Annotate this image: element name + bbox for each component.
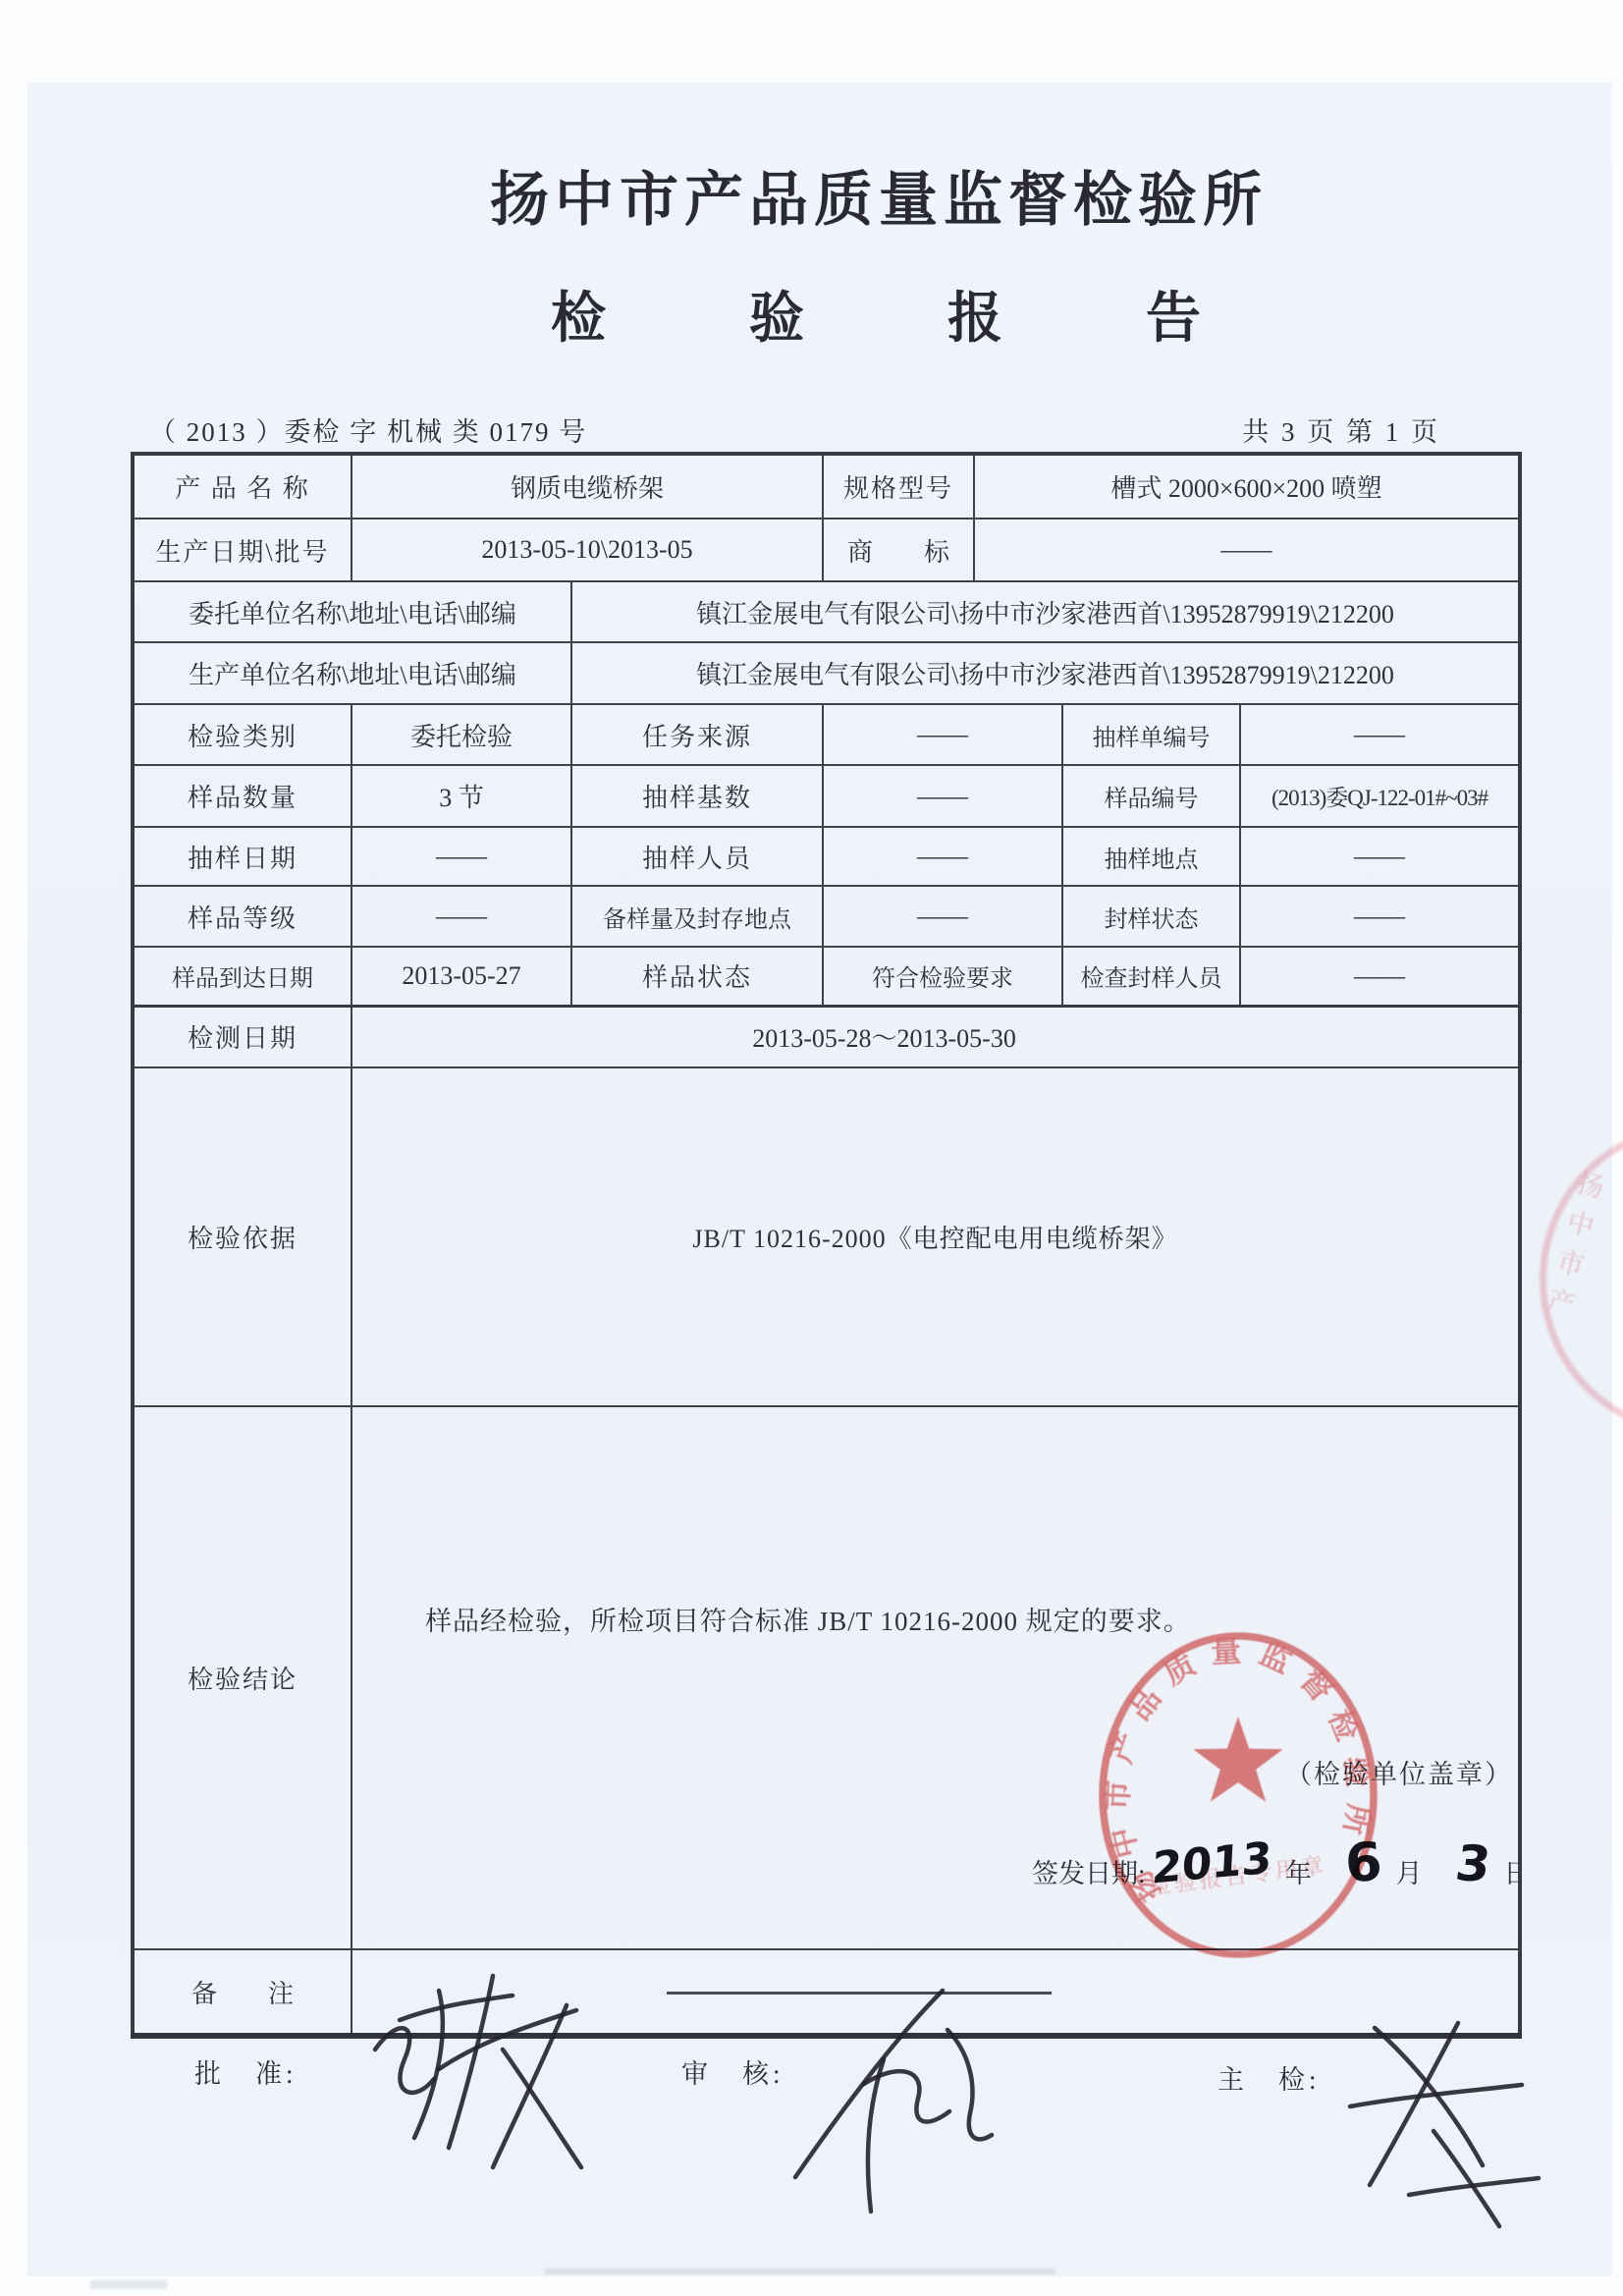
table-row: 生产日期\批号 2013-05-10\2013-05 商 标 —— (133, 519, 1520, 581)
production-date-value: 2013-05-10\2013-05 (352, 519, 823, 581)
sample-no-label: 样品编号 (1062, 765, 1240, 827)
handwritten-year: 2013 (1150, 1832, 1272, 1893)
table-row: 样品等级 —— 备样量及封存地点 —— 封样状态 —— (133, 886, 1520, 947)
table-row: 抽样日期 —— 抽样人员 —— 抽样地点 —— (133, 827, 1520, 886)
table-row: 检验类别 委托检验 任务来源 —— 抽样单编号 —— (133, 704, 1520, 765)
task-source-value: —— (823, 704, 1062, 765)
client-unit-label: 委托单位名称\地址\电话\邮编 (133, 581, 571, 642)
sample-no-value: (2013)委QJ-122-01#~03# (1240, 765, 1520, 827)
seal-check-person-value: —— (1240, 947, 1520, 1006)
spec-model-value: 槽式 2000×600×200 喷塑 (974, 454, 1520, 519)
year-unit: 年 (1285, 1859, 1312, 1888)
spec-model-label: 规格型号 (823, 454, 974, 519)
sampling-date-value: —— (352, 827, 571, 886)
reserve-sample-label: 备样量及封存地点 (571, 886, 823, 947)
reserve-sample-value: —— (823, 886, 1062, 947)
day-unit: 日 (1503, 1859, 1520, 1888)
table-row: 样品到达日期 2013-05-27 样品状态 符合检验要求 检查封样人员 —— (133, 947, 1520, 1006)
sampling-place-label: 抽样地点 (1062, 827, 1240, 886)
inspection-basis-value: JB/T 10216-2000《电控配电用电缆桥架》 (352, 1067, 1520, 1406)
sample-qty-label: 样品数量 (133, 765, 352, 827)
table-row: 样品数量 3 节 抽样基数 —— 样品编号 (2013)委QJ-122-01#~… (133, 765, 1520, 827)
arrival-date-value: 2013-05-27 (352, 947, 571, 1006)
sampling-sheet-no-value: —— (1240, 704, 1520, 765)
seal-check-person-label: 检查封样人员 (1062, 947, 1240, 1006)
scanned-inspection-report-page: 扬中市产品质量监督检验所 检 验 报 告 （ 2013 ）委检 字 机械 类 0… (0, 0, 1623, 2296)
producer-unit-label: 生产单位名称\地址\电话\邮编 (133, 642, 571, 704)
approve-label: 批 准: (194, 2052, 298, 2091)
table-row: 产 品 名 称 钢质电缆桥架 规格型号 槽式 2000×600×200 喷塑 (133, 454, 1520, 519)
inspection-type-label: 检验类别 (133, 704, 352, 765)
sampling-person-value: —— (823, 827, 1062, 886)
sampling-date-label: 抽样日期 (133, 827, 352, 886)
seal-status-value: —— (1240, 886, 1520, 947)
table-row: 委托单位名称\地址\电话\邮编 镇江金展电气有限公司\扬中市沙家港西首\1395… (133, 581, 1520, 642)
production-date-label: 生产日期\批号 (133, 519, 352, 581)
remarks-label: 备 注 (133, 1949, 352, 2036)
organization-title: 扬中市产品质量监督检验所 (0, 153, 1623, 238)
sampling-base-label: 抽样基数 (571, 765, 823, 827)
sample-qty-value: 3 节 (352, 765, 571, 827)
report-title: 检 验 报 告 (98, 275, 1623, 354)
test-date-label: 检测日期 (133, 1006, 352, 1067)
test-date-value: 2013-05-28～2013-05-30 (352, 1006, 1520, 1067)
scan-smudge (545, 2269, 1055, 2274)
report-table: 产 品 名 称 钢质电缆桥架 规格型号 槽式 2000×600×200 喷塑 生… (131, 452, 1522, 2039)
handwritten-day: 3 (1452, 1834, 1494, 1892)
sampling-base-value: —— (823, 765, 1062, 827)
table-row: 检验依据 JB/T 10216-2000《电控配电用电缆桥架》 (133, 1067, 1520, 1406)
client-unit-value: 镇江金展电气有限公司\扬中市沙家港西首\13952879919\212200 (571, 581, 1520, 642)
trademark-label: 商 标 (823, 519, 974, 581)
conclusion-text: 样品经检验，所检项目符合标准 JB/T 10216-2000 规定的要求。 (425, 1600, 1191, 1638)
review-label: 审 核: (681, 2052, 784, 2091)
table-row: 检测日期 2013-05-28～2013-05-30 (133, 1006, 1520, 1067)
page-count-info: 共 3 页 第 1 页 (1242, 410, 1440, 449)
table-row: 生产单位名称\地址\电话\邮编 镇江金展电气有限公司\扬中市沙家港西首\1395… (133, 642, 1520, 704)
chief-inspector-label: 主 检: (1217, 2058, 1321, 2097)
conclusion-cell: 样品经检验，所检项目符合标准 JB/T 10216-2000 规定的要求。 （检… (352, 1406, 1520, 1949)
sampling-sheet-no-label: 抽样单编号 (1062, 704, 1240, 765)
sample-status-value: 符合检验要求 (823, 947, 1062, 1006)
inspection-type-value: 委托检验 (352, 704, 571, 765)
sampling-person-label: 抽样人员 (571, 827, 823, 886)
test-date-text: 2013-05-28～2013-05-30 (752, 1018, 1016, 1055)
scan-smudge-small (90, 2280, 167, 2289)
trademark-value: —— (974, 519, 1520, 581)
sampling-place-value: —— (1240, 827, 1520, 886)
sample-status-label: 样品状态 (571, 947, 823, 1006)
document-number: （ 2013 ）委检 字 机械 类 0179 号 (149, 410, 587, 449)
issue-date-line: 签发日期:2013年6月3日 (1032, 1833, 1520, 1895)
product-name-label: 产 品 名 称 (133, 454, 352, 519)
sample-grade-value: —— (352, 886, 571, 947)
inspection-basis-label: 检验依据 (133, 1067, 352, 1406)
seal-unit-note: （检验单位盖章） (1285, 1753, 1513, 1791)
producer-unit-value: 镇江金展电气有限公司\扬中市沙家港西首\13952879919\212200 (571, 642, 1520, 704)
arrival-date-label: 样品到达日期 (133, 947, 352, 1006)
remarks-cell (352, 1949, 1520, 2036)
product-name-value: 钢质电缆桥架 (352, 454, 823, 519)
task-source-label: 任务来源 (571, 704, 823, 765)
issue-date-label: 签发日期: (1032, 1859, 1146, 1888)
table-row: 检验结论 样品经检验，所检项目符合标准 JB/T 10216-2000 规定的要… (133, 1406, 1520, 1949)
handwritten-month: 6 (1343, 1831, 1383, 1894)
conclusion-label: 检验结论 (133, 1406, 352, 1949)
table-row: 备 注 (133, 1949, 1520, 2036)
seal-status-label: 封样状态 (1062, 886, 1240, 947)
remarks-blank-line (667, 1992, 1052, 1995)
sample-grade-label: 样品等级 (133, 886, 352, 947)
month-unit: 月 (1396, 1859, 1423, 1888)
